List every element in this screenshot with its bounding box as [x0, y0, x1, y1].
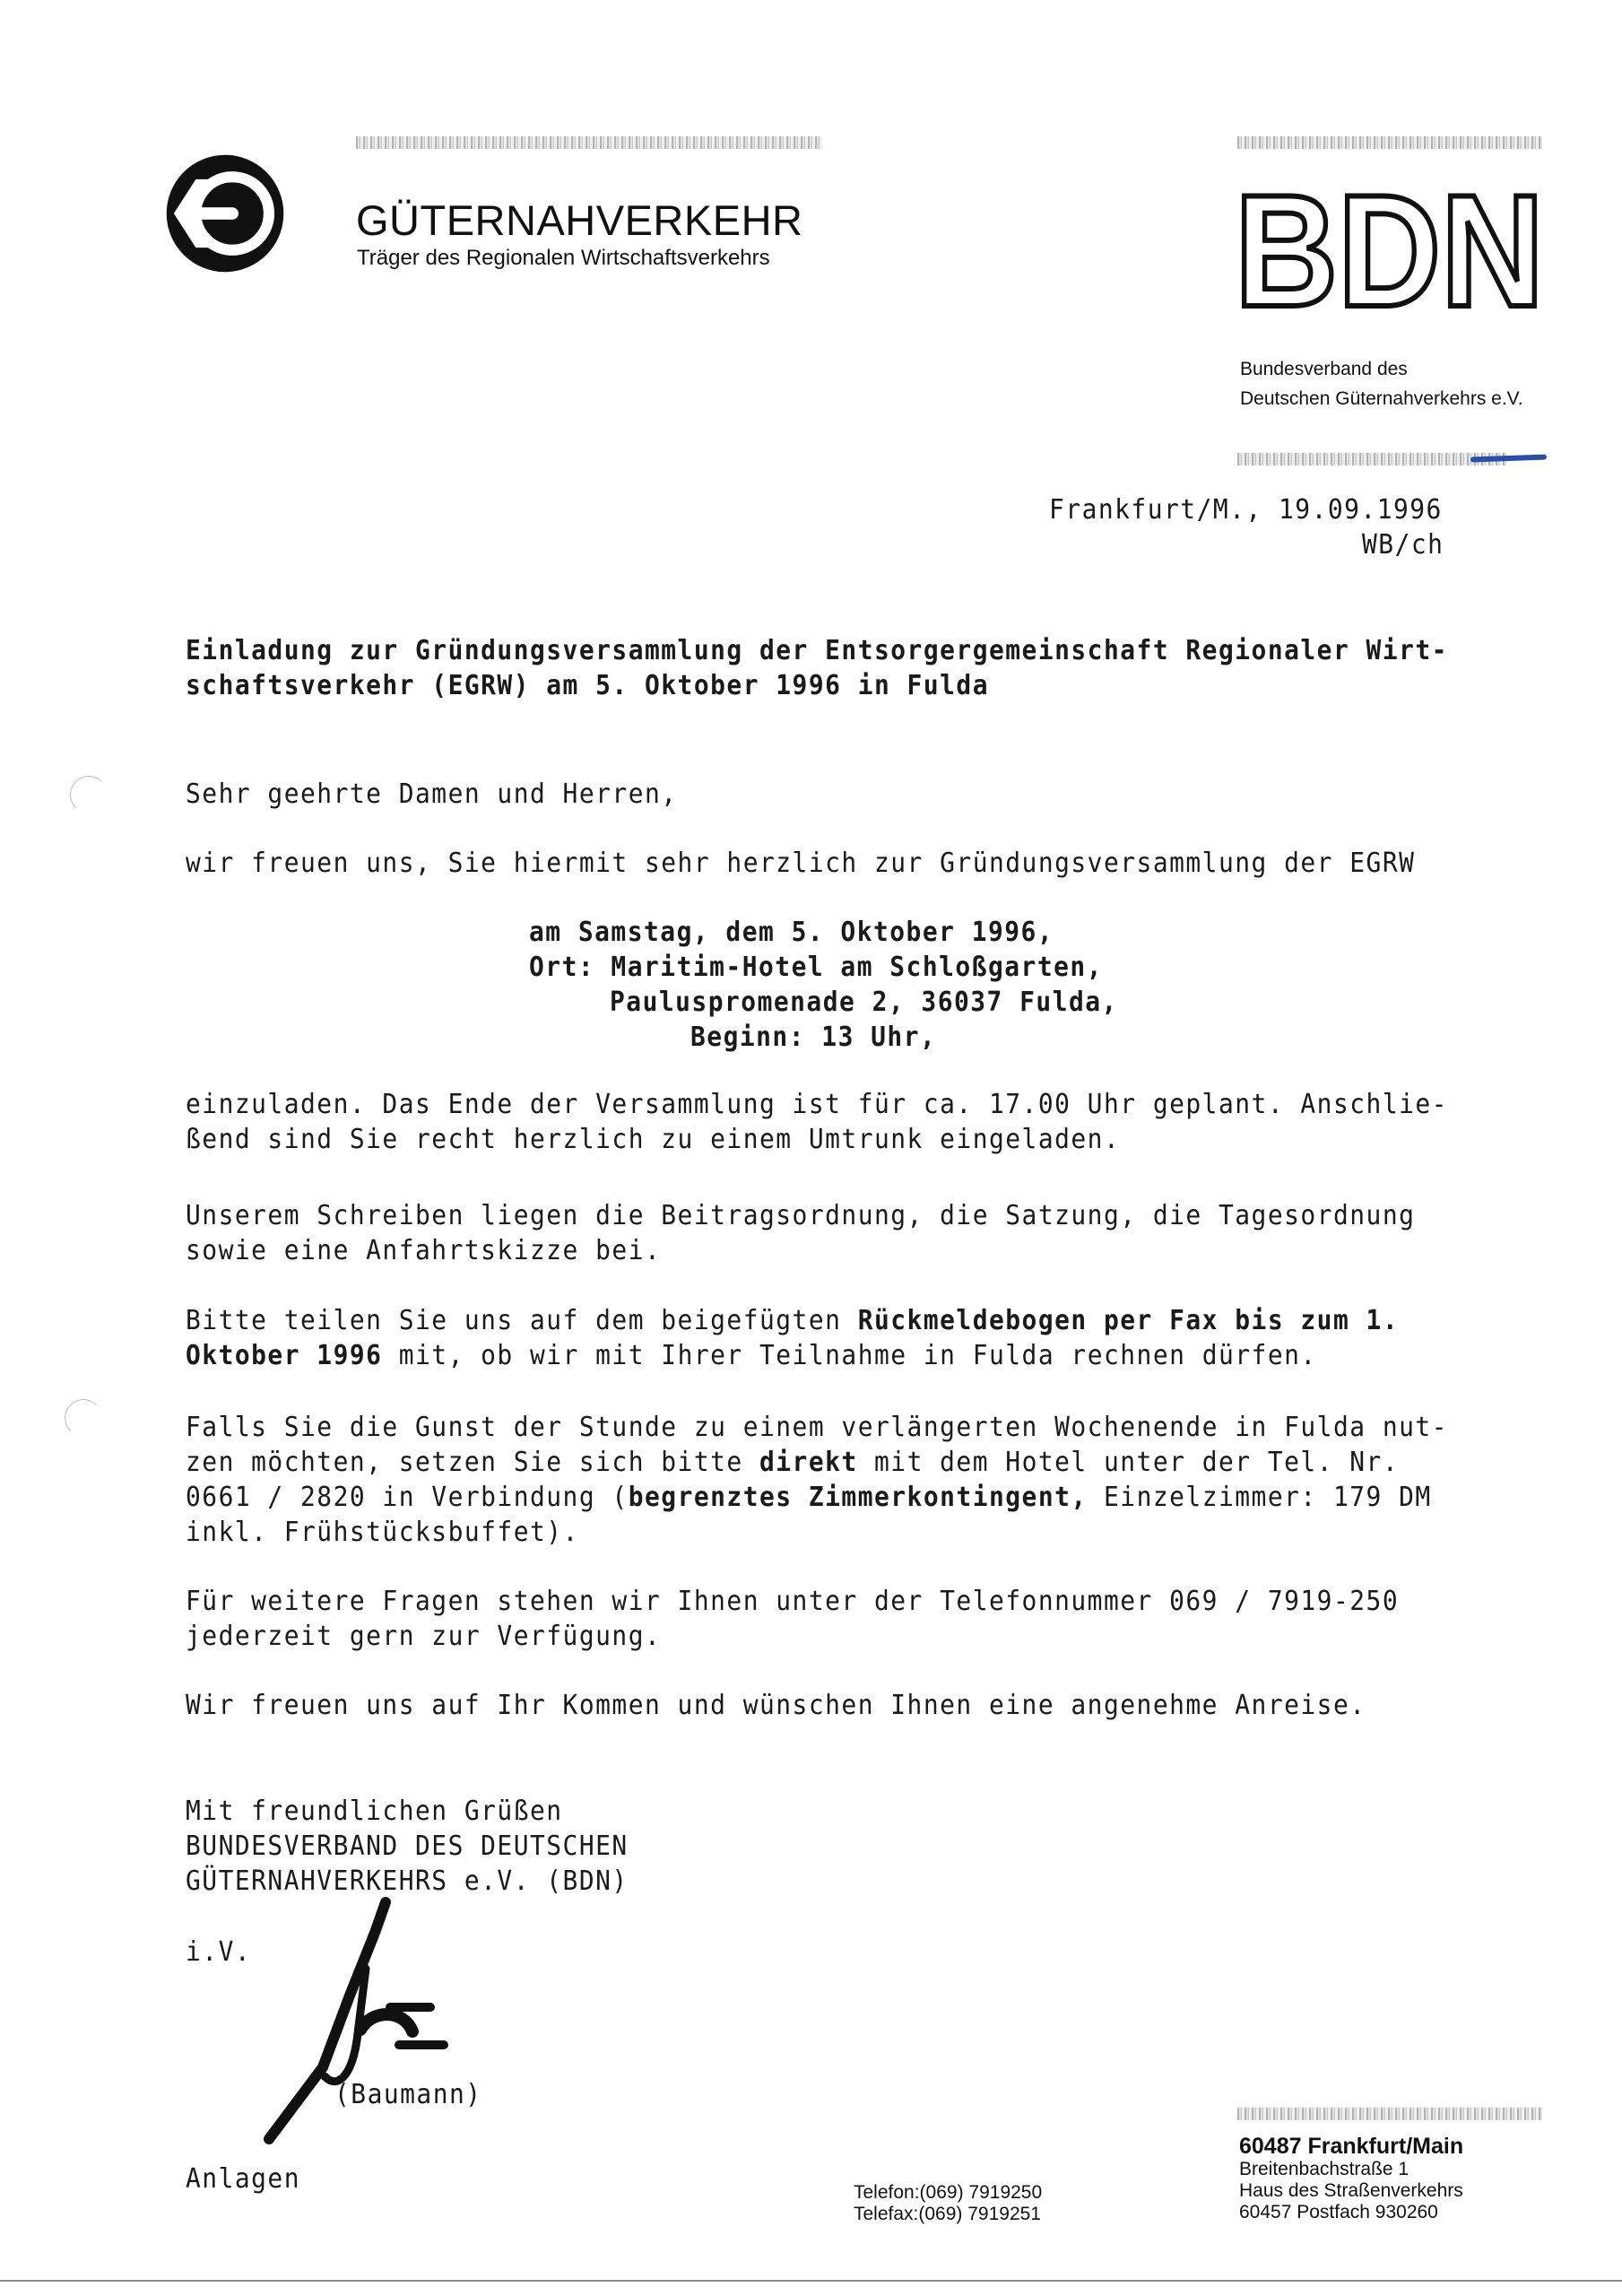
place-date: Frankfurt/M., 19.09.1996: [1049, 492, 1443, 527]
paragraph-end-time: einzuladen. Das Ende der Versammlung ist…: [186, 1087, 1448, 1157]
paragraph-reply: Bitte teilen Sie uns auf dem beigefügten…: [186, 1303, 1399, 1373]
handwritten-signature: [260, 1897, 466, 2157]
footer-street: Breitenbachstraße 1: [1239, 2159, 1463, 2180]
bdn-logo: BDN: [1235, 191, 1544, 312]
paragraph-contact: Für weitere Fragen stehen wir Ihnen unte…: [186, 1584, 1399, 1654]
letterhead-rule-left: [356, 136, 822, 149]
footer-address: 60487 Frankfurt/Main Breitenbachstraße 1…: [1239, 2134, 1463, 2223]
paragraph-farewell: Wir freuen uns auf Ihr Kommen und wünsch…: [186, 1688, 1366, 1723]
footer-building: Haus des Straßenverkehrs: [1239, 2180, 1463, 2202]
closing-org-1: BUNDESVERBAND DES DEUTSCHEN: [186, 1831, 629, 1862]
closing-org-2: GÜTERNAHVERKEHRS e.V. (BDN): [186, 1865, 629, 1897]
letterhead-rule-right: [1237, 136, 1542, 149]
subject-line-1: Einladung zur Gründungsversammlung der E…: [186, 635, 1448, 666]
footer-postbox: 60457 Postfach 930260: [1239, 2202, 1463, 2223]
footer-contact: Telefon:(069) 7919250 Telefax:(069) 7919…: [854, 2182, 1042, 2225]
paragraph-hotel: Falls Sie die Gunst der Stunde zu einem …: [186, 1410, 1448, 1550]
footer-phone: Telefon:(069) 7919250: [854, 2182, 1042, 2204]
bdn-name-line2: Deutschen Güternahverkehrs e.V.: [1240, 388, 1523, 410]
svg-text:BDN: BDN: [1235, 191, 1544, 312]
event-start: Beginn: 13 Uhr,: [690, 1020, 936, 1055]
subject-line: Einladung zur Gründungsversammlung der E…: [186, 633, 1448, 703]
event-date: am Samstag, dem 5. Oktober 1996,: [529, 915, 1054, 950]
reference-code: WB/ch: [1362, 527, 1444, 562]
paragraph-enclosures: Unserem Schreiben liegen die Beitragsord…: [186, 1198, 1415, 1268]
footer-city: 60487 Frankfurt/Main: [1239, 2134, 1463, 2159]
footer-fax: Telefax:(069) 7919251: [854, 2204, 1042, 2225]
bdn-name-line1: Bundesverband des: [1240, 359, 1408, 380]
on-behalf-marker: i.V.: [186, 1935, 251, 1970]
punch-mark: [70, 776, 108, 813]
letterhead-rule-right-lower: [1237, 453, 1506, 465]
footer-rule: [1237, 2108, 1542, 2120]
enclosures-label: Anlagen: [186, 2161, 300, 2196]
brand-subtitle: Träger des Regionalen Wirtschaftsverkehr…: [357, 246, 770, 271]
punch-mark: [65, 1399, 102, 1437]
arrow-circle-logo-icon: [164, 152, 286, 274]
subject-line-2: schaftsverkehr (EGRW) am 5. Oktober 1996…: [186, 670, 989, 701]
event-address: Pauluspromenade 2, 36037 Fulda,: [610, 985, 1118, 1020]
closing-block: Mit freundlichen Grüßen BUNDESVERBAND DE…: [186, 1794, 629, 1899]
closing-greeting: Mit freundlichen Grüßen: [186, 1796, 563, 1827]
salutation: Sehr geehrte Damen und Herren,: [186, 777, 678, 812]
event-location: Ort: Maritim-Hotel am Schloßgarten,: [529, 950, 1103, 985]
intro-paragraph: wir freuen uns, Sie hiermit sehr herzlic…: [186, 846, 1415, 881]
page-edge-line: [0, 2280, 1622, 2282]
brand-title: GÜTERNAHVERKEHR: [356, 196, 802, 245]
